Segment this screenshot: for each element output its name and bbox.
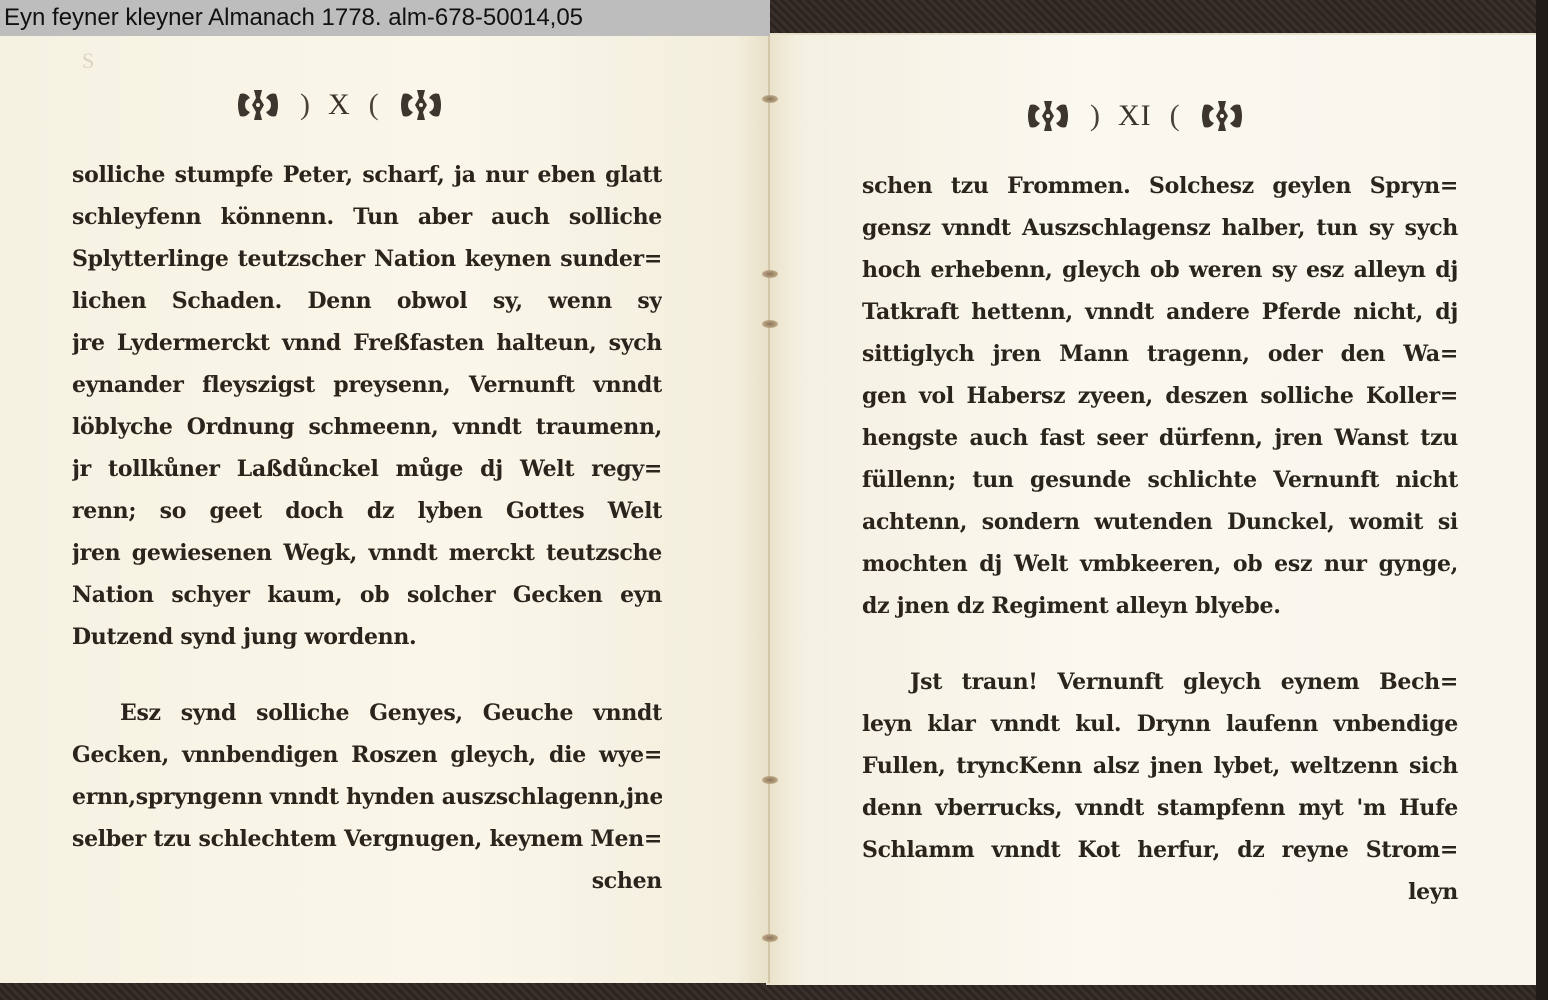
text-line: ernn,spryngenn vnndt hynden auszschlagen… [72,776,662,818]
text-line: jr tollkůner Laßdůnckel můge dj Welt reg… [72,448,662,490]
text-line: denn vberrucks, vnndt stampfenn myt 'm H… [862,787,1458,829]
text-line: lichen Schaden. Denn obwol sy, wenn sy [72,280,662,322]
text-line: mochten dj Welt vmbkeeren, ob esz nur gy… [862,543,1458,585]
text-line: dz jnen dz Regiment alleyn blyebe. [862,585,1458,627]
binding-stitch [762,776,778,784]
text-line: hengste auch fast seer dürfenn, jren Wan… [862,417,1458,459]
page-number: XI [1118,99,1152,133]
header-paren-close: ( [369,88,379,122]
header-paren-open: ) [300,88,310,122]
page-number: X [328,88,351,122]
text-line: jren gewiesenen Wegk, vnndt merckt teutz… [72,532,662,574]
text-line: füllenn; tun gesunde schlichte Vernunft … [862,459,1458,501]
paragraph: Esz synd solliche Genyes, Geuche vnndt G… [72,692,662,860]
text-line: achtenn, sondern wutenden Dunckel, womit… [862,501,1458,543]
show-through-mark: S [82,48,94,74]
text-line: gensz vnndt Auszschlagensz halber, tun s… [862,207,1458,249]
text-line: Fullen, tryncKenn alsz jnen lybet, weltz… [862,745,1458,787]
text-line: renn; so geet doch dz lyben Gottes Welt [72,490,662,532]
binding-stitch [762,270,778,278]
text-line: eynander fleyszigst preysenn, Vernunft v… [72,364,662,406]
binding-stitch [762,934,778,942]
catchword: leyn [862,871,1458,913]
text-line: Jst traun! Vernunft gleych eynem Bech= [862,661,1458,703]
book-gutter [768,33,770,983]
text-line: leyn klar vnndt kul. Drynn laufenn vnben… [862,703,1458,745]
text-line: löblyche Ordnung schmeenn, vnndt traumen… [72,406,662,448]
right-page: ) XI ( schen tzu Frommen. Solchesz geyle… [766,33,1536,985]
left-page-body: solliche stumpfe Peter, scharf, ja nur e… [72,154,662,902]
book-cover-top-edge [770,0,1548,33]
text-line: selber tzu schlechtem Vergnugen, keynem … [72,818,662,860]
book-cover-bottom-edge [0,983,1548,1000]
fleuron-ornament-icon [1024,99,1072,133]
header-paren-close: ( [1170,99,1180,133]
book-cover-right-edge [1536,0,1548,1000]
fleuron-ornament-icon [1198,99,1246,133]
text-line: Gecken, vnnbendigen Roszen gleych, die w… [72,734,662,776]
text-line: hoch erhebenn, gleych ob weren sy esz al… [862,249,1458,291]
text-line: Dutzend synd jung wordenn. [72,616,662,658]
left-page-header: ) X ( [234,88,445,122]
paragraph: schen tzu Frommen. Solchesz geylen Spryn… [862,165,1458,627]
left-page: S ) X ( solliche stumpfe Peter, scharf, … [0,0,766,983]
right-page-header: ) XI ( [1024,99,1246,133]
text-line: solliche stumpfe Peter, scharf, ja nur e… [72,154,662,196]
paragraph: solliche stumpfe Peter, scharf, ja nur e… [72,154,662,658]
text-line: gen vol Habersz zyeen, deszen solliche K… [862,375,1458,417]
right-page-body: schen tzu Frommen. Solchesz geylen Spryn… [862,165,1458,913]
text-line: Esz synd solliche Genyes, Geuche vnndt [72,692,662,734]
text-line: schleyfenn könnenn. Tun aber auch sollic… [72,196,662,238]
header-paren-open: ) [1090,99,1100,133]
binding-stitch [762,95,778,103]
paragraph: Jst traun! Vernunft gleych eynem Bech= l… [862,661,1458,871]
image-caption-bar: Eyn feyner kleyner Almanach 1778. alm-67… [0,0,770,36]
catchword: schen [72,860,662,902]
text-line: Tatkraft hettenn, vnndt andere Pferde ni… [862,291,1458,333]
text-line: Nation schyer kaum, ob solcher Gecken ey… [72,574,662,616]
fleuron-ornament-icon [234,88,282,122]
text-line: Schlamm vnndt Kot herfur, dz reyne Strom… [862,829,1458,871]
binding-stitch [762,320,778,328]
fleuron-ornament-icon [397,88,445,122]
text-line: Splytterlinge teutzscher Nation keynen s… [72,238,662,280]
text-line: schen tzu Frommen. Solchesz geylen Spryn… [862,165,1458,207]
text-line: jre Lydermerckt vnnd Freßfasten halteun,… [72,322,662,364]
text-line: sittiglych jren Mann tragenn, oder den W… [862,333,1458,375]
